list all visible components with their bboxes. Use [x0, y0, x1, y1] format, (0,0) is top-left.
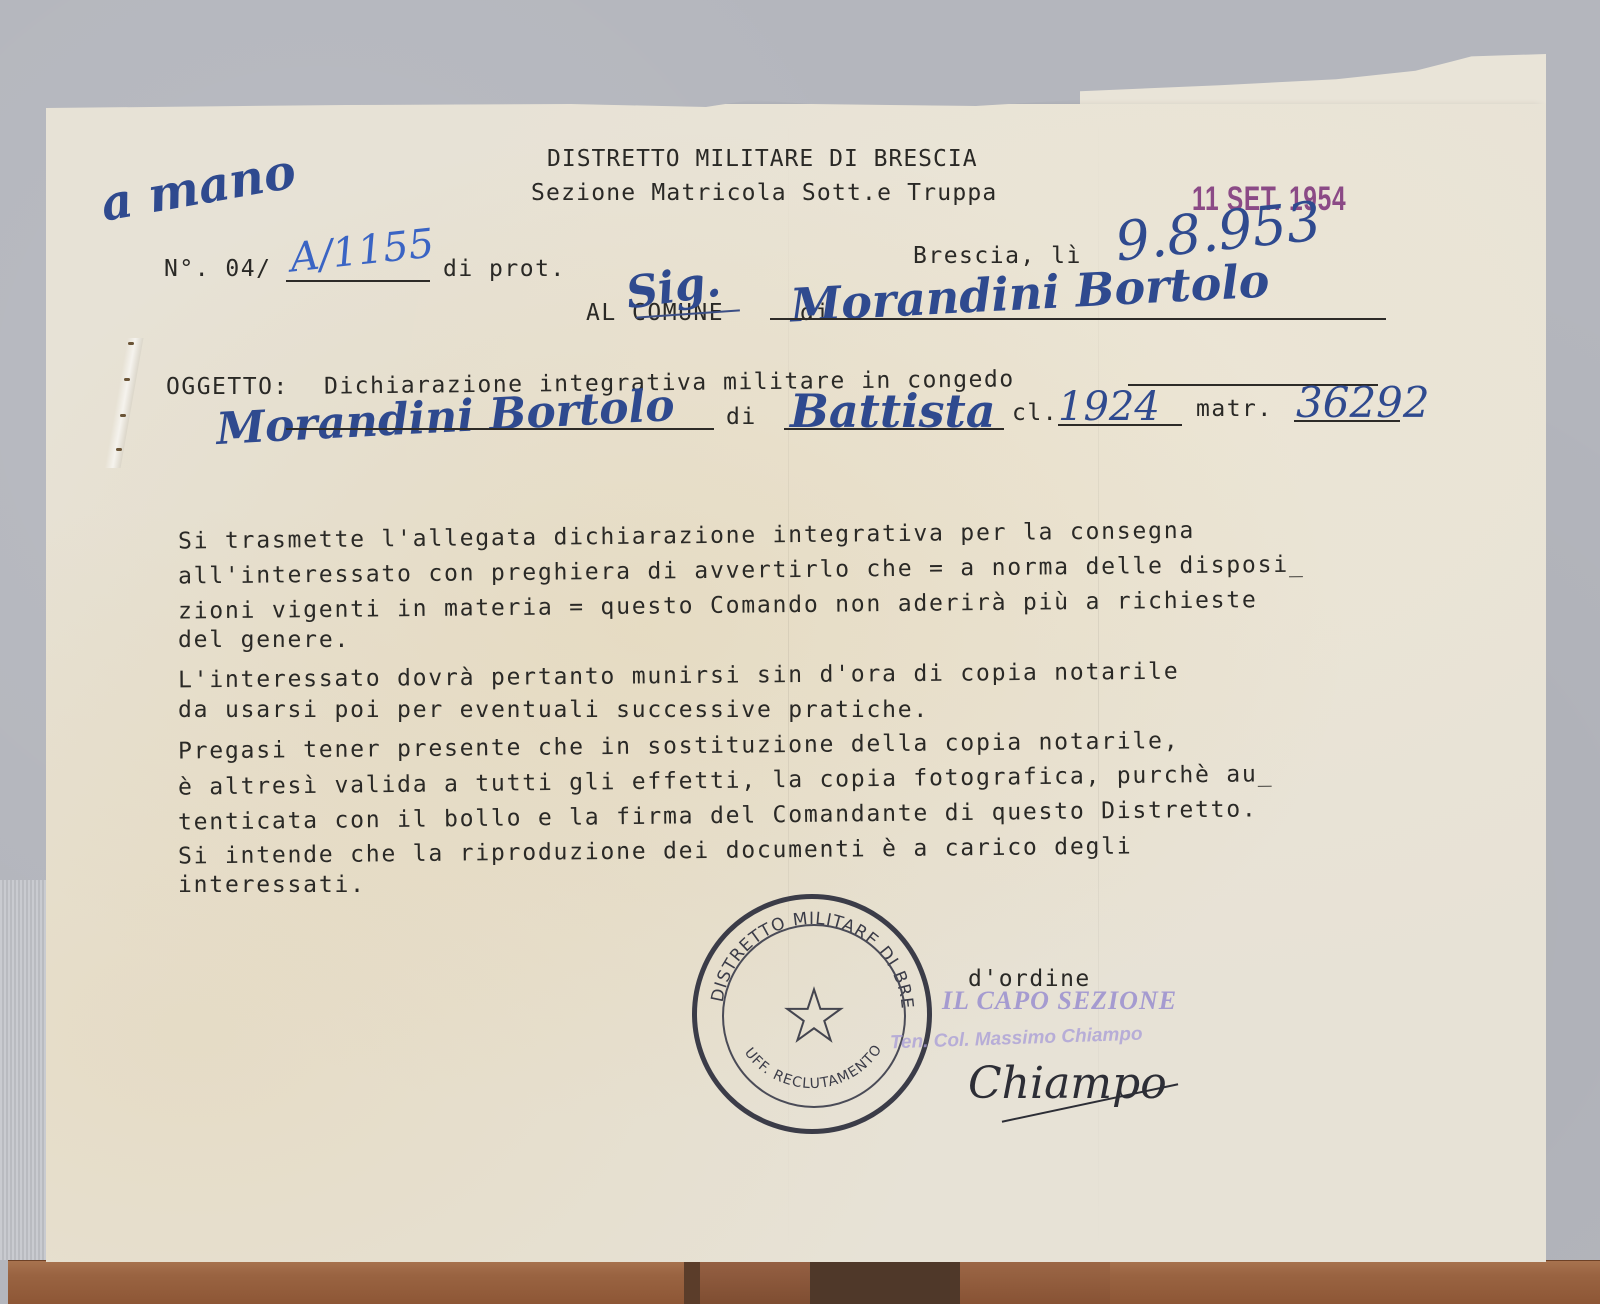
official-seal: DISTRETTO MILITARE DI BRESCIA UFF. RECLU…	[692, 894, 932, 1134]
matr-label: matr.	[1196, 396, 1273, 422]
background-fabric	[0, 880, 46, 1260]
wooden-shelf-gap	[810, 1260, 960, 1304]
father-name-underline	[784, 428, 1004, 430]
protocol-underline	[286, 280, 430, 282]
letter-body: Si trasmette l'allegata dichiarazione in…	[178, 518, 1418, 903]
wooden-shelf	[8, 1260, 684, 1304]
class-underline	[1058, 424, 1182, 426]
star-emblem-icon: ★	[724, 926, 904, 1106]
subject-name-underline	[286, 428, 714, 430]
protocol-suffix: di prot.	[443, 256, 566, 282]
wooden-shelf	[700, 1260, 810, 1304]
staple-holes	[112, 330, 142, 480]
header-subtitle: Sezione Matricola Sott.e Truppa	[531, 180, 997, 206]
recipient-underline	[770, 318, 1386, 320]
seal-emblem-ring: ★	[722, 924, 906, 1108]
subject-label: OGGETTO:	[166, 374, 289, 400]
body-line: L'interessato dovrà pertanto munirsi sin…	[178, 653, 1418, 699]
class-label: cl.	[1012, 400, 1058, 426]
wooden-shelf	[1110, 1260, 1600, 1304]
matr-underline	[1294, 420, 1400, 422]
body-line: del genere.	[178, 623, 1418, 658]
wooden-shelf-gap	[684, 1260, 700, 1304]
subject-di-label: di	[726, 404, 757, 430]
signature: Chiampo	[968, 1058, 1167, 1109]
header-title: DISTRETTO MILITARE DI BRESCIA	[547, 146, 978, 172]
wooden-shelf	[960, 1260, 1110, 1304]
protocol-prefix: N°. 04/	[164, 256, 271, 282]
capo-sezione-stamp: IL CAPO SEZIONE	[942, 986, 1177, 1016]
